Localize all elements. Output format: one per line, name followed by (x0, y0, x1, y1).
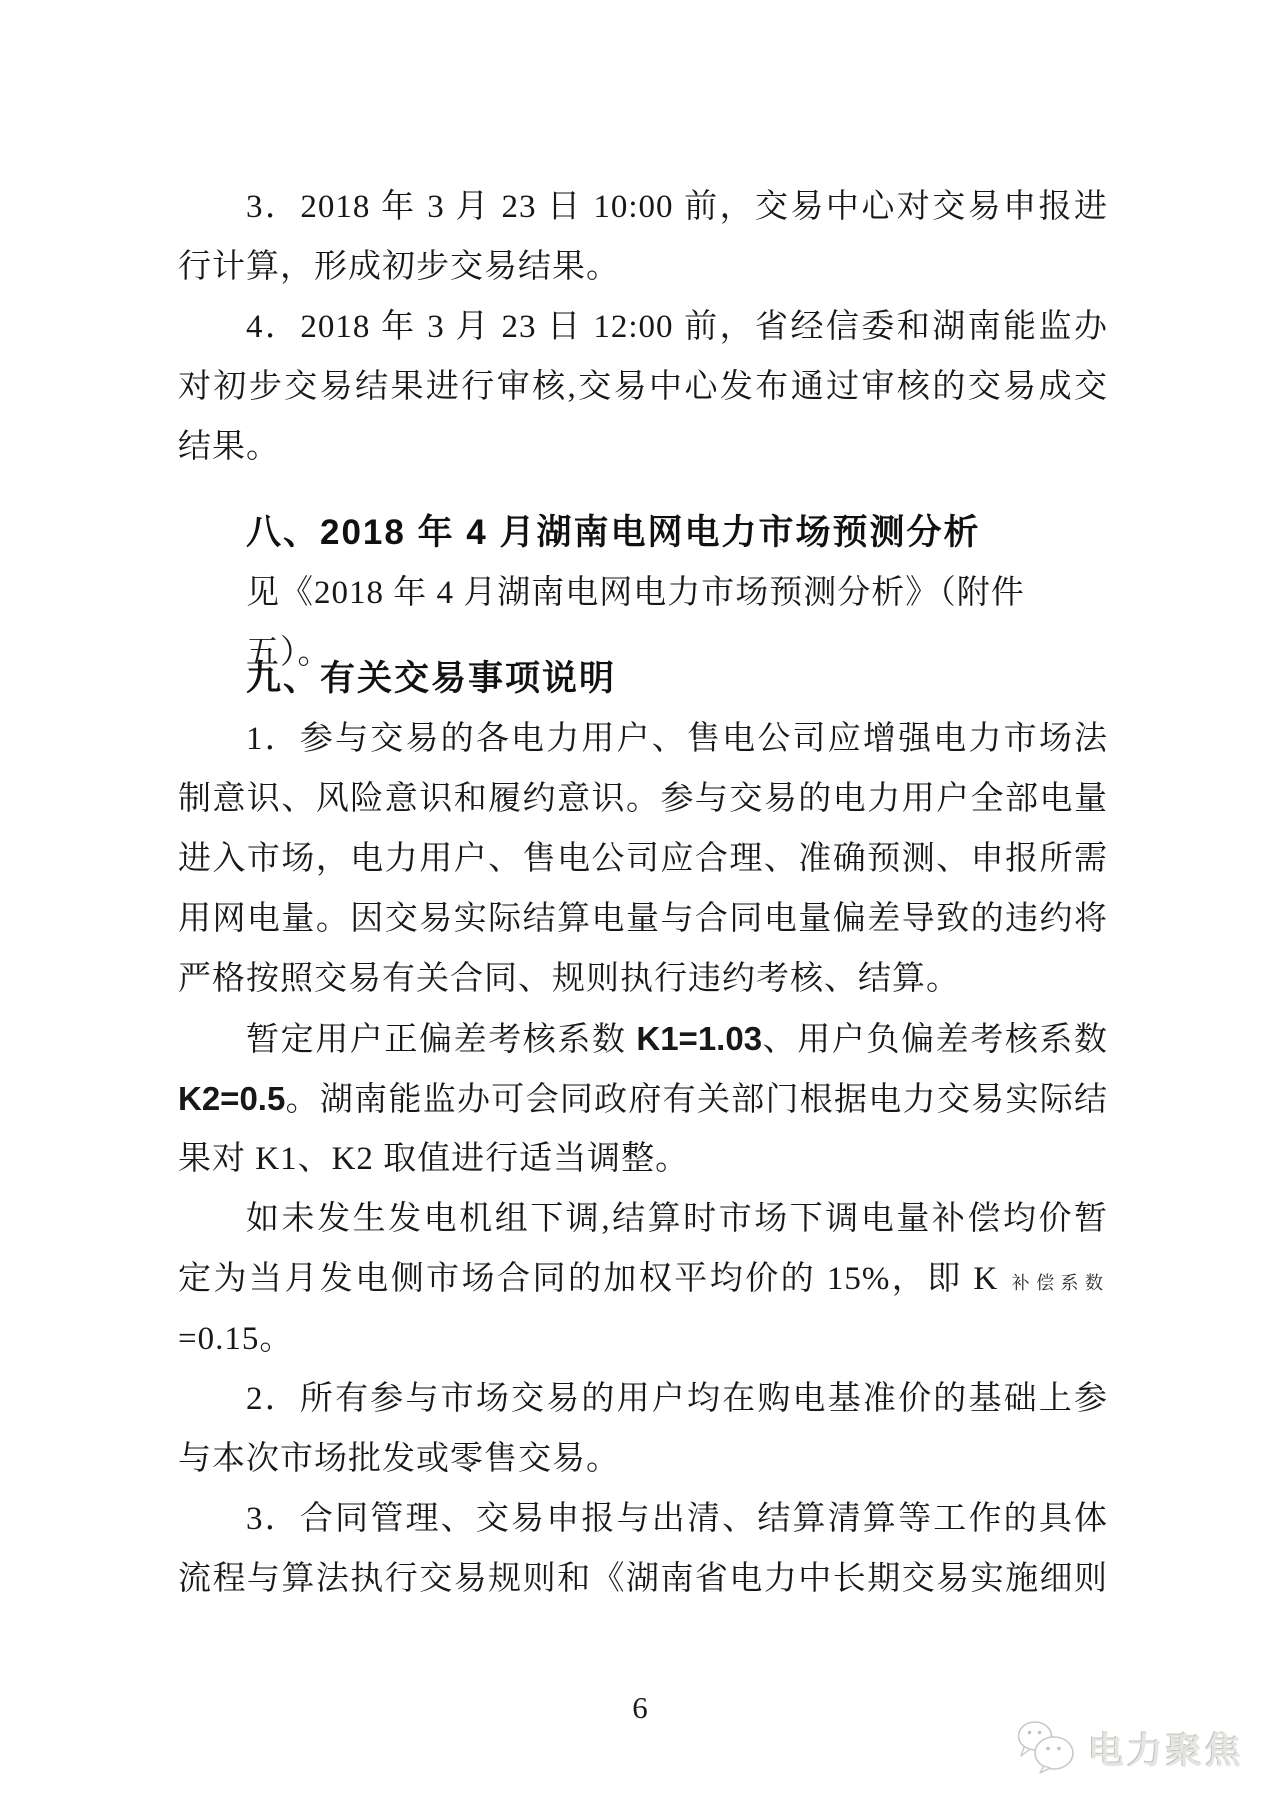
text-line: 见《2018 年 4 月湖南电网电力市场预测分析》（附件五）。 (178, 563, 1108, 623)
text-segment: 2．所有参与市场交易的用户均在购电基准价的基础上参 (246, 1381, 1108, 1417)
text-line: 用网电量。因交易实际结算电量与合同电量偏差导致的违约将 (178, 889, 1108, 949)
text-segment: 3．2018 年 3 月 23 日 10:00 前，交易中心对交易申报进 (246, 189, 1108, 225)
text-segment: 、用户负偏差考核系数 (762, 1022, 1108, 1058)
watermark-label: 电力聚焦 (1088, 1723, 1244, 1774)
text-line: 制意识、风险意识和履约意识。参与交易的电力用户全部电量 (178, 769, 1108, 829)
text-line: 4．2018 年 3 月 23 日 12:00 前，省经信委和湖南能监办 (178, 297, 1108, 357)
text-line: 2．所有参与市场交易的用户均在购电基准价的基础上参 (178, 1369, 1108, 1429)
text-segment: 进入市场，电力用户、售电公司应合理、准确预测、申报所需 (178, 841, 1108, 877)
text-segment: 与本次市场批发或零售交易。 (178, 1441, 620, 1477)
text-line: 严格按照交易有关合同、规则执行违约考核、结算。 (178, 949, 1108, 1009)
wechat-chat-bubbles-icon (1014, 1718, 1076, 1779)
text-line: 果对 K1、K2 取值进行适当调整。 (178, 1129, 1108, 1189)
text-segment: 果对 K1、K2 取值进行适当调整。 (178, 1141, 689, 1177)
text-segment: 流程与算法执行交易规则和《湖南省电力中长期交易实施细则 (178, 1561, 1108, 1597)
watermark: 电力聚焦 (1014, 1718, 1244, 1779)
text-line: 进入市场，电力用户、售电公司应合理、准确预测、申报所需 (178, 829, 1108, 889)
text-line: 暂定用户正偏差考核系数 K1=1.03、用户负偏差考核系数 (178, 1009, 1108, 1069)
text-line: 对初步交易结果进行审核,交易中心发布通过审核的交易成交 (178, 357, 1108, 417)
text-segment: 行计算，形成初步交易结果。 (178, 249, 620, 285)
text-line: 3．合同管理、交易申报与出清、结算清算等工作的具体 (178, 1489, 1108, 1549)
text-segment: 补偿系数 (1010, 1273, 1108, 1293)
text-segment: 1．参与交易的各电力用户、售电公司应增强电力市场法 (246, 721, 1108, 757)
text-line: 3．2018 年 3 月 23 日 10:00 前，交易中心对交易申报进 (178, 177, 1108, 237)
text-segment: =0.15。 (178, 1321, 293, 1357)
text-segment: 八、2018 年 4 月湖南电网电力市场预测分析 (246, 513, 981, 552)
text-line: K2=0.5。湖南能监办可会同政府有关部门根据电力交易实际结 (178, 1069, 1108, 1129)
text-segment: 九、有关交易事项说明 (246, 659, 616, 698)
text-line: 流程与算法执行交易规则和《湖南省电力中长期交易实施细则 (178, 1549, 1108, 1609)
text-segment: 4．2018 年 3 月 23 日 12:00 前，省经信委和湖南能监办 (246, 309, 1108, 345)
text-segment: 暂定用户正偏差考核系数 (246, 1022, 636, 1058)
document-page: 3．2018 年 3 月 23 日 10:00 前，交易中心对交易申报进行计算，… (0, 0, 1280, 1810)
text-segment: 如未发生发电机组下调,结算时市场下调电量补偿均价暂 (246, 1201, 1108, 1237)
document-body: 3．2018 年 3 月 23 日 10:00 前，交易中心对交易申报进行计算，… (178, 177, 1108, 1609)
section-heading: 九、有关交易事项说明 (178, 649, 1108, 709)
text-line: 与本次市场批发或零售交易。 (178, 1429, 1108, 1489)
text-segment: 严格按照交易有关合同、规则执行违约考核、结算。 (178, 961, 960, 997)
text-line: 行计算，形成初步交易结果。 (178, 237, 1108, 297)
text-segment: 制意识、风险意识和履约意识。参与交易的电力用户全部电量 (178, 781, 1108, 817)
text-segment: 用网电量。因交易实际结算电量与合同电量偏差导致的违约将 (178, 901, 1108, 937)
text-line: 1．参与交易的各电力用户、售电公司应增强电力市场法 (178, 709, 1108, 769)
text-segment: K1=1.03 (636, 1020, 762, 1057)
text-segment: 结果。 (178, 429, 280, 465)
text-line: =0.15。 (178, 1309, 1108, 1369)
text-segment: K2=0.5 (178, 1080, 285, 1117)
text-line: 如未发生发电机组下调,结算时市场下调电量补偿均价暂 (178, 1189, 1108, 1249)
text-segment: 定为当月发电侧市场合同的加权平均价的 15%，即 K (178, 1261, 998, 1297)
section-heading: 八、2018 年 4 月湖南电网电力市场预测分析 (178, 503, 1108, 563)
text-segment: 3．合同管理、交易申报与出清、结算清算等工作的具体 (246, 1501, 1108, 1537)
text-segment: 。湖南能监办可会同政府有关部门根据电力交易实际结 (285, 1082, 1108, 1118)
text-segment: 对初步交易结果进行审核,交易中心发布通过审核的交易成交 (178, 369, 1108, 405)
text-line: 定为当月发电侧市场合同的加权平均价的 15%，即 K补偿系数 (178, 1249, 1108, 1309)
text-line: 结果。 (178, 417, 1108, 477)
